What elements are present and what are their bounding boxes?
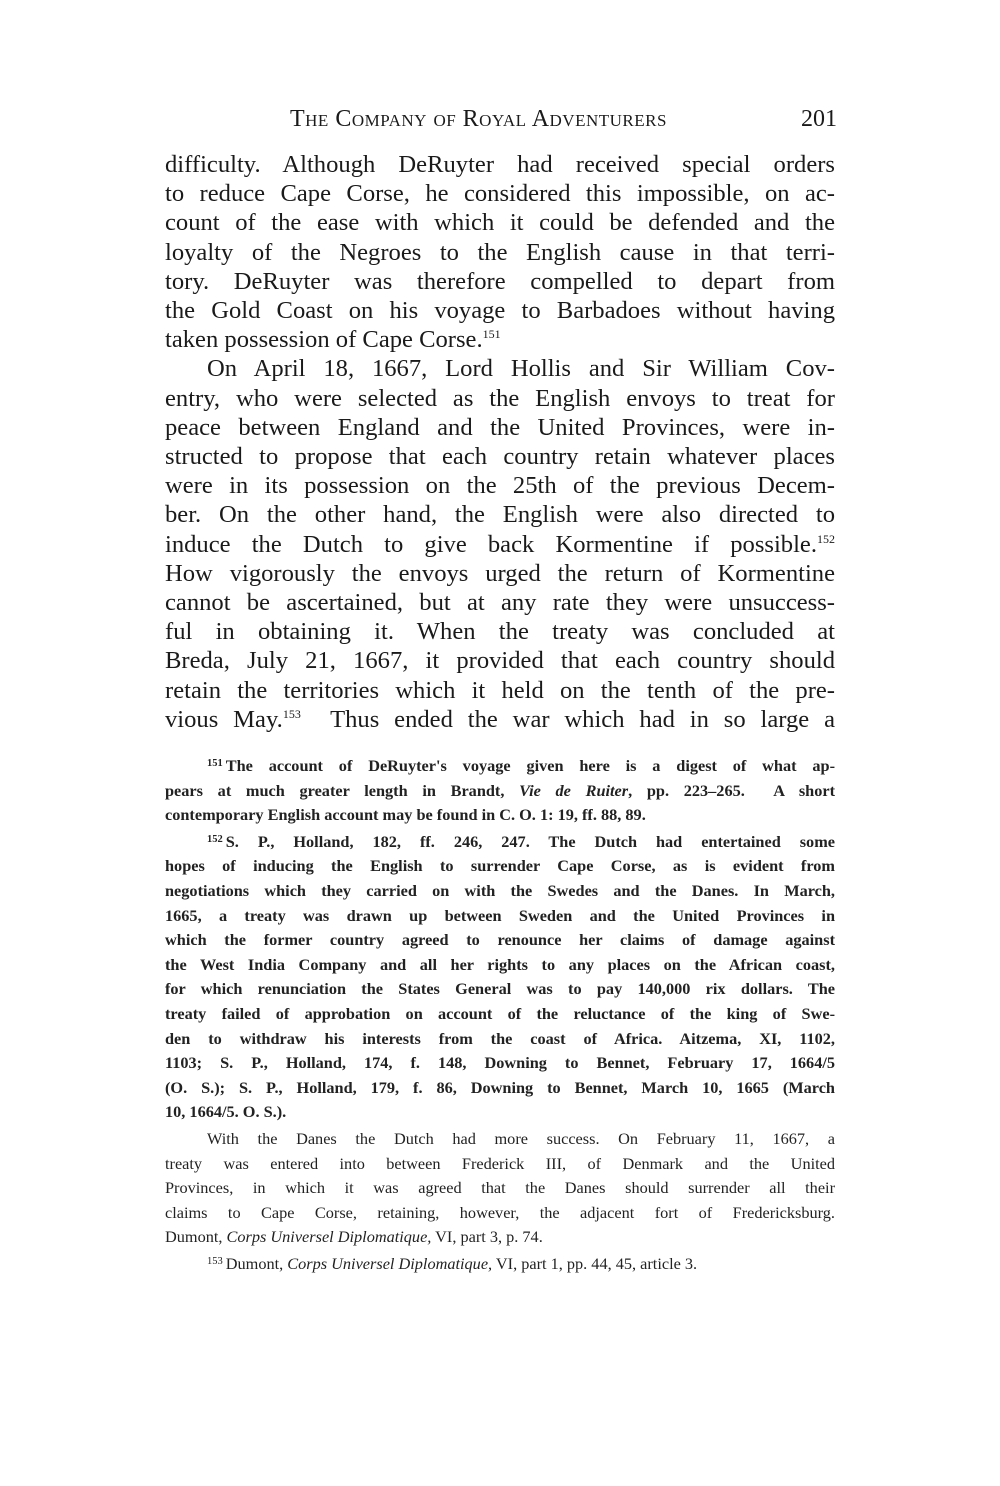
italic-title: Corps Universel Diplomatique, [287, 1254, 492, 1273]
footnote-line: treaty was entered into between Frederic… [165, 1152, 835, 1177]
footnote-line: hopes of inducing the English to surrend… [165, 854, 835, 879]
running-title: The Company of Royal Adventurers [290, 106, 667, 133]
text-line: cannot be ascertained, but at any rate t… [165, 588, 835, 617]
footnote-line: contemporary English account may be foun… [165, 803, 835, 828]
text-line: ber. On the other hand, the English were… [165, 500, 835, 529]
text-line: were in its possession on the 25th of th… [165, 471, 835, 500]
footnote-152: 152S. P., Holland, 182, ff. 246, 247. Th… [165, 830, 835, 1125]
text-fragment: VI, part 1, pp. 44, 45, article 3. [492, 1254, 697, 1273]
footnote-line: 10, 1664/5. O. S.). [165, 1100, 835, 1125]
text-line: the Gold Coast on his voyage to Barbadoe… [165, 296, 835, 325]
footnote-number: 151 [207, 758, 223, 769]
footnote-line: 152S. P., Holland, 182, ff. 246, 247. Th… [165, 830, 835, 855]
text-line: ful in obtaining it. When the treaty was… [165, 617, 835, 646]
text-fragment: Dumont, [226, 1254, 288, 1273]
text-line: to reduce Cape Corse, he considered this… [165, 179, 835, 208]
text-line: Breda, July 21, 1667, it provided that e… [165, 646, 835, 675]
page-number: 201 [801, 106, 837, 133]
text-fragment: , pp. 223–265. A short [628, 781, 835, 800]
text-fragment: Thus ended the war which had in so large… [301, 706, 835, 733]
text-fragment: induce the Dutch to give back Kormentine… [165, 531, 817, 558]
text-line: induce the Dutch to give back Kormentine… [165, 530, 835, 559]
footnote-number: 152 [207, 834, 223, 845]
text-fragment: Dumont, [165, 1227, 227, 1246]
text-line: count of the ease with which it could be… [165, 208, 835, 237]
body-text: difficulty. Although DeRuyter had receiv… [165, 150, 835, 734]
text-line: structed to propose that each country re… [165, 442, 835, 471]
text-line: entry, who were selected as the English … [165, 384, 835, 413]
footnote-line: Dumont, Corps Universel Diplomatique, VI… [165, 1225, 835, 1250]
footnote-reference-153[interactable]: 153 [283, 707, 301, 721]
italic-title: Corps Universel Diplomatique, [227, 1227, 432, 1246]
italic-title: Vie de Ruiter [519, 781, 628, 800]
footnote-line: which the former country agreed to renou… [165, 928, 835, 953]
footnote-line: treaty failed of approbation on account … [165, 1002, 835, 1027]
footnote-line: 1103; S. P., Holland, 174, f. 148, Downi… [165, 1051, 835, 1076]
text-line: How vigorously the envoys urged the retu… [165, 559, 835, 588]
footnote-line: 1665, a treaty was drawn up between Swed… [165, 904, 835, 929]
text-fragment: VI, part 3, p. 74. [431, 1227, 542, 1246]
footnote-152-continuation: With the Danes the Dutch had more succes… [165, 1127, 835, 1250]
footnote-number: 153 [207, 1256, 223, 1267]
footnote-line: 153Dumont, Corps Universel Diplomatique,… [165, 1252, 835, 1277]
text-line: vious May.153 Thus ended the war which h… [165, 705, 835, 734]
text-fragment: vious May. [165, 706, 283, 733]
footnote-reference-151[interactable]: 151 [483, 327, 501, 341]
text-line: On April 18, 1667, Lord Hollis and Sir W… [165, 354, 835, 383]
running-head: The Company of Royal Adventurers 201 [165, 104, 835, 140]
footnotes-section: 151The account of DeRuyter's voyage give… [165, 754, 835, 1276]
footnote-line: With the Danes the Dutch had more succes… [165, 1127, 835, 1152]
text-fragment: pears at much greater length in Brandt, [165, 781, 519, 800]
book-page: The Company of Royal Adventurers 201 dif… [165, 104, 835, 1279]
text-line: loyalty of the Negroes to the English ca… [165, 238, 835, 267]
paragraph-2: On April 18, 1667, Lord Hollis and Sir W… [165, 354, 835, 734]
footnote-line: claims to Cape Corse, retaining, however… [165, 1201, 835, 1226]
text-line: taken possession of Cape Corse.151 [165, 325, 835, 354]
text-fragment: taken possession of Cape Corse. [165, 326, 483, 353]
footnote-line: for which renunciation the States Genera… [165, 977, 835, 1002]
footnote-153: 153Dumont, Corps Universel Diplomatique,… [165, 1252, 835, 1277]
footnote-line: 151The account of DeRuyter's voyage give… [165, 754, 835, 779]
footnote-reference-152[interactable]: 152 [817, 532, 835, 546]
footnote-line: the West India Company and all her right… [165, 953, 835, 978]
footnote-line: negotiations which they carried on with … [165, 879, 835, 904]
paragraph-1: difficulty. Although DeRuyter had receiv… [165, 150, 835, 354]
footnote-line: den to withdraw his interests from the c… [165, 1027, 835, 1052]
footnote-line: (O. S.); S. P., Holland, 179, f. 86, Dow… [165, 1076, 835, 1101]
text-fragment: S. P., Holland, 182, ff. 246, 247. The D… [226, 832, 835, 851]
footnote-line: Provinces, in which it was agreed that t… [165, 1176, 835, 1201]
footnote-151: 151The account of DeRuyter's voyage give… [165, 754, 835, 828]
text-line: difficulty. Although DeRuyter had receiv… [165, 150, 835, 179]
text-line: retain the territories which it held on … [165, 676, 835, 705]
text-line: peace between England and the United Pro… [165, 413, 835, 442]
text-fragment: The account of DeRuyter's voyage given h… [226, 756, 835, 775]
text-line: tory. DeRuyter was therefore compelled t… [165, 267, 835, 296]
footnote-line: pears at much greater length in Brandt, … [165, 779, 835, 804]
